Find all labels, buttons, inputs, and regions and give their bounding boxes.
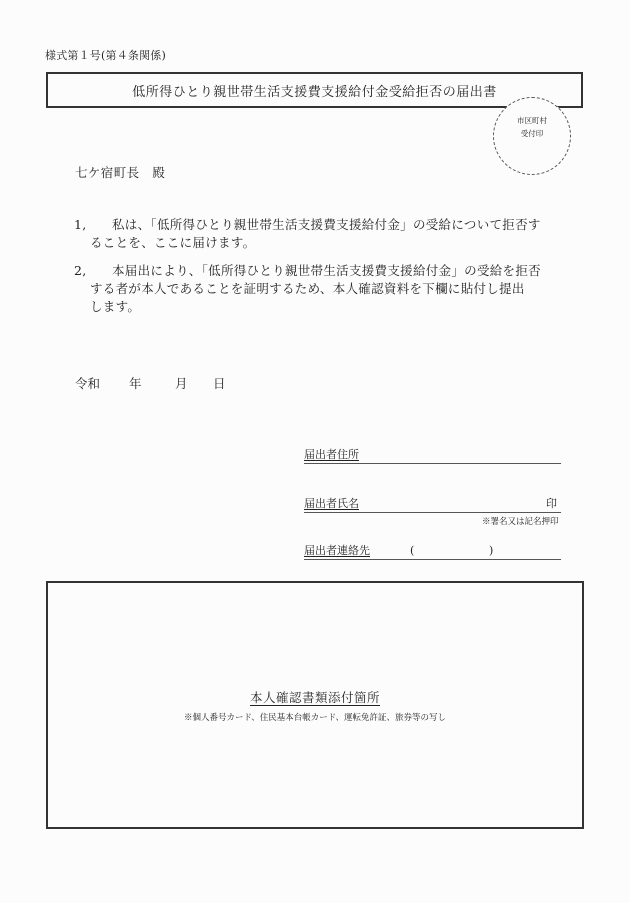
paragraph-1-number: 1, [74, 216, 112, 234]
attachment-title: 本人確認書類添付箇所 [46, 688, 584, 706]
document-title-box: 低所得ひとり親世帯生活支援費支援給付金受給拒否の届出書 [46, 72, 583, 108]
contact-close-paren: ) [489, 543, 493, 559]
title-box-bottom-border [46, 106, 493, 108]
document-title: 低所得ひとり親世帯生活支援費支援給付金受給拒否の届出書 [132, 81, 497, 100]
paragraph-2-line3: します。 [74, 298, 564, 316]
paragraph-2: 2,本届出により、「低所得ひとり親世帯生活支援費支援給付金」の受給を拒否 する者… [74, 262, 564, 316]
date-month-label[interactable]: 月 [175, 374, 213, 392]
date-line: 令和年月日 [75, 374, 226, 392]
paragraph-2-number: 2, [74, 262, 112, 280]
attachment-note: ※個人番号カード、住民基本台帳カード、運転免許証、旅券等の写し [46, 711, 584, 723]
stamp-label-line2: 受付印 [494, 127, 570, 140]
paragraph-1: 1,私は、「低所得ひとり親世帯生活支援費支援給付金」の受給について拒否す ること… [74, 216, 564, 252]
seal-mark: 印 [546, 496, 557, 512]
paragraph-2-line1: 本届出により、「低所得ひとり親世帯生活支援費支援給付金」の受給を拒否 [112, 263, 541, 278]
contact-open-paren: ( [410, 543, 414, 559]
applicant-name-field[interactable]: 届出者氏名 印 [304, 496, 561, 513]
applicant-address-field[interactable]: 届出者住所 [304, 447, 561, 464]
form-number: 様式第１号(第４条関係) [45, 47, 166, 63]
applicant-contact-field[interactable]: 届出者連絡先 ( ) [304, 543, 561, 560]
paragraph-1-line2: ることを、ここに届けます。 [74, 234, 564, 252]
signature-note: ※署名又は記名押印 [482, 515, 559, 527]
reception-stamp-area: 市区町村 受付印 [493, 97, 571, 175]
date-day-label[interactable]: 日 [213, 374, 226, 392]
applicant-contact-label: 届出者連絡先 [304, 544, 370, 557]
date-era: 令和 [75, 374, 129, 392]
paragraph-2-line2: する者が本人であることを証明するため、本人確認資料を下欄に貼付し提出 [74, 280, 564, 298]
addressee: 七ケ宿町長 殿 [75, 163, 165, 181]
date-year-label[interactable]: 年 [129, 374, 175, 392]
stamp-label-line1: 市区町村 [494, 114, 570, 127]
applicant-name-label: 届出者氏名 [304, 497, 359, 510]
paragraph-1-line1: 私は、「低所得ひとり親世帯生活支援費支援給付金」の受給について拒否す [112, 217, 541, 232]
applicant-address-label: 届出者住所 [304, 448, 359, 461]
